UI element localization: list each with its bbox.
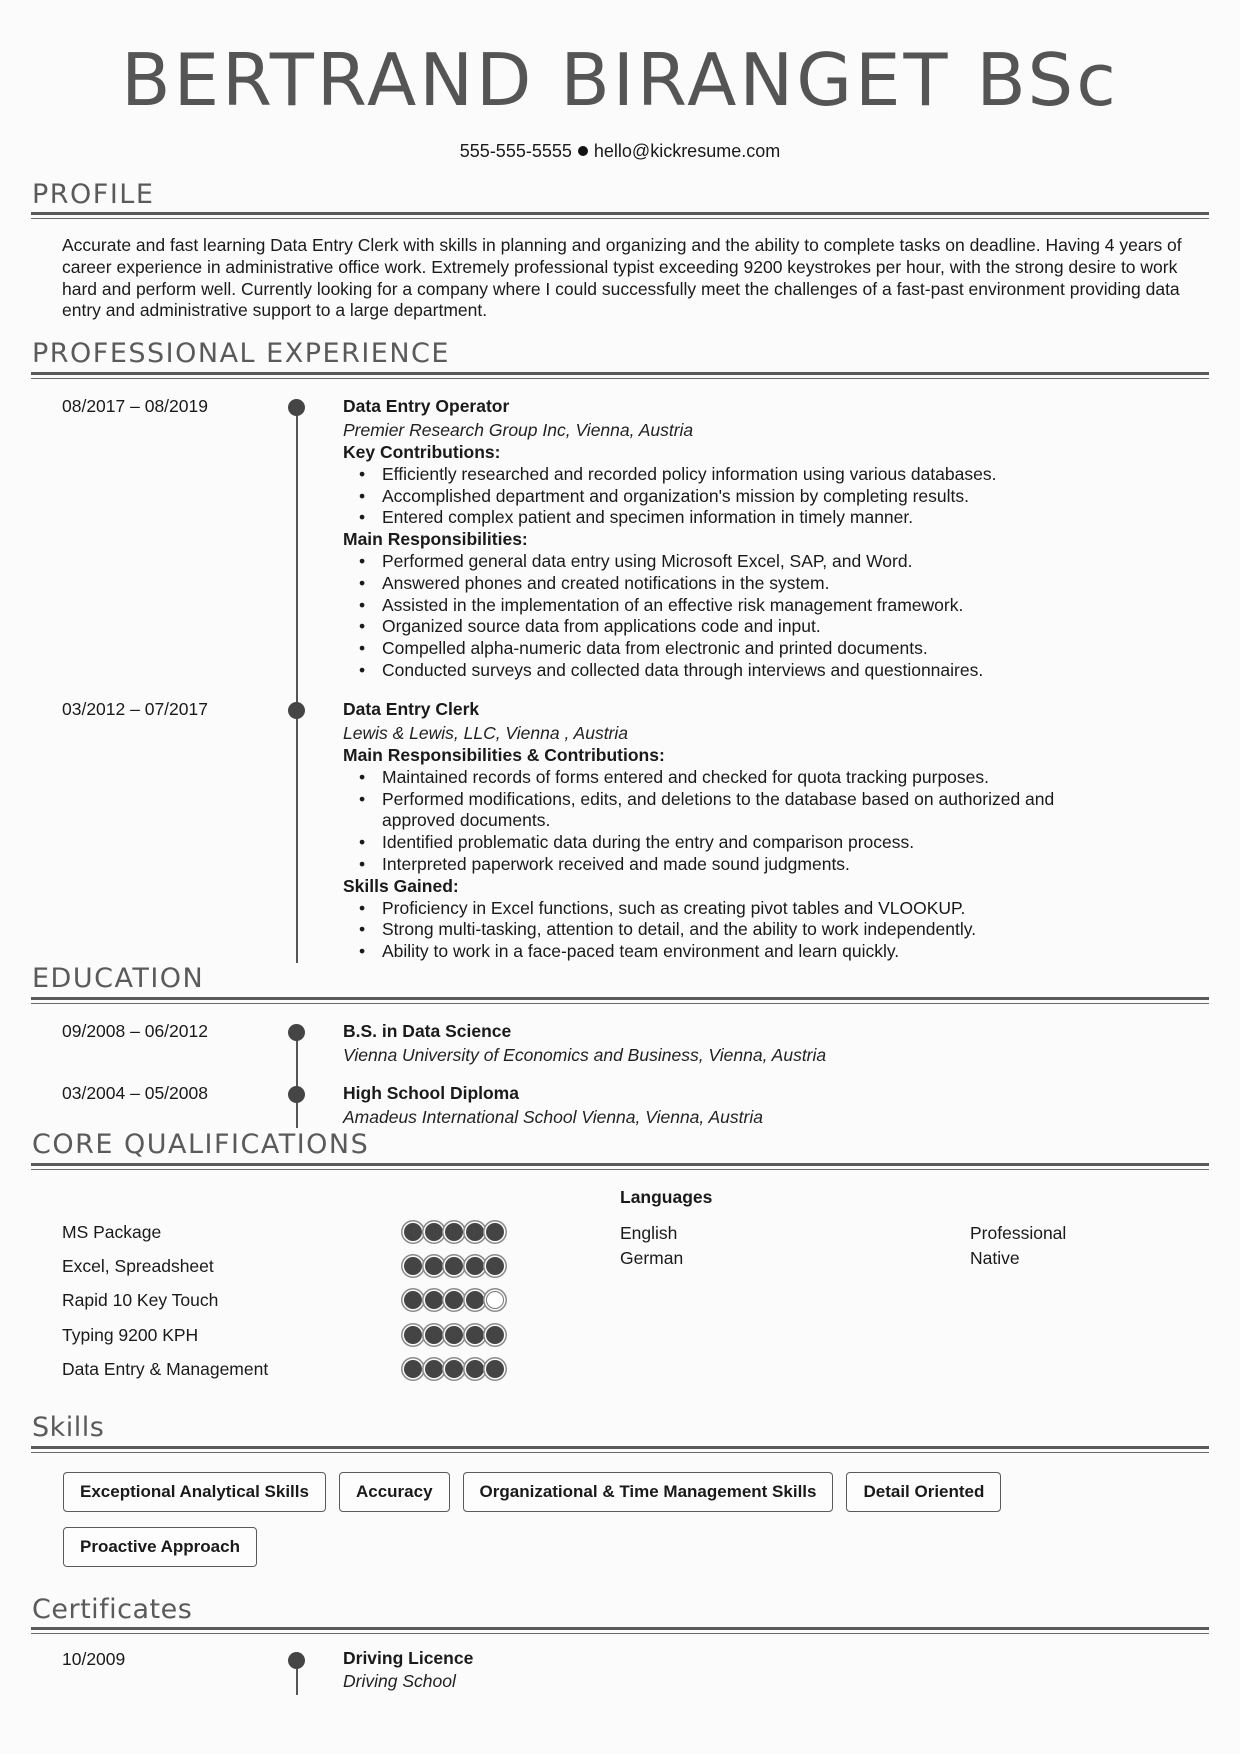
rating-dot-filled-icon [404,1223,422,1241]
list-item: Maintained records of forms entered and … [382,767,1203,789]
section-title-skills: Skills [32,1413,104,1443]
job-title: Data Entry Operator [343,394,1203,418]
language-level: Native [970,1247,1020,1269]
section-title-experience: PROFESSIONAL EXPERIENCE [32,339,450,369]
section-divider [31,1163,1209,1170]
rating-dot-filled-icon [425,1223,443,1241]
candidate-name: BERTRAND BIRANGET BSc [0,38,1240,122]
section-divider [31,1446,1209,1453]
qualification-label: Rapid 10 Key Touch [62,1289,218,1311]
language-name: German [620,1247,683,1269]
bullet-list: Maintained records of forms entered and … [343,767,1203,876]
rating-dots [404,1360,504,1378]
list-item: Ability to work in a face-paced team env… [382,941,1203,963]
language-name: English [620,1222,677,1244]
education-entry: B.S. in Data Science Vienna University o… [343,1019,1203,1067]
rating-dot-filled-icon [466,1360,484,1378]
list-item: Organized source data from applications … [382,616,1203,638]
job-dates: 03/2012 – 07/2017 [62,698,208,720]
school: Vienna University of Economics and Busin… [343,1043,1203,1067]
education-dates: 09/2008 – 06/2012 [62,1020,208,1042]
rating-dot-filled-icon [466,1326,484,1344]
timeline-dot-icon [288,1652,305,1669]
rating-dot-filled-icon [425,1360,443,1378]
skill-tag: Exceptional Analytical Skills [63,1472,326,1512]
list-item: Efficiently researched and recorded poli… [382,464,1203,486]
job-subheading: Main Responsibilities: [343,529,1203,551]
timeline-line [296,407,298,963]
skill-tags: Exceptional Analytical Skills Accuracy O… [63,1472,1203,1567]
list-item: Answered phones and created notification… [382,573,1203,595]
qualification-label: Excel, Spreadsheet [62,1255,214,1277]
skill-tag: Proactive Approach [63,1527,257,1567]
section-divider [31,212,1209,219]
rating-dot-filled-icon [486,1326,504,1344]
job-title: Data Entry Clerk [343,697,1203,721]
rating-dot-filled-icon [404,1326,422,1344]
rating-dot-filled-icon [445,1257,463,1275]
qualification-label: Typing 9200 KPH [62,1324,198,1346]
section-title-education: EDUCATION [32,964,204,994]
section-divider [31,1627,1209,1634]
list-item: Assisted in the implementation of an eff… [382,595,1203,617]
languages-heading: Languages [620,1186,712,1208]
language-level: Professional [970,1222,1066,1244]
list-item: Conducted surveys and collected data thr… [382,660,1203,682]
section-title-qualifications: CORE QUALIFICATIONS [32,1130,369,1160]
qualification-label: MS Package [62,1221,161,1243]
rating-dot-filled-icon [486,1257,504,1275]
bullet-list: Performed general data entry using Micro… [343,551,1203,682]
bullet-list: Proficiency in Excel functions, such as … [343,898,1203,963]
degree: B.S. in Data Science [343,1019,1203,1043]
list-item: Entered complex patient and specimen inf… [382,507,1203,529]
certificate-name: Driving Licence [343,1646,1203,1670]
rating-dot-filled-icon [486,1360,504,1378]
list-item: Proficiency in Excel functions, such as … [382,898,1203,920]
degree: High School Diploma [343,1081,1203,1105]
email-address: hello@kickresume.com [594,141,780,161]
rating-dot-filled-icon [445,1326,463,1344]
list-item: Interpreted paperwork received and made … [382,854,1203,876]
timeline-dot-icon [288,399,305,416]
section-title-certificates: Certificates [32,1595,192,1625]
job-company: Lewis & Lewis, LLC, Vienna , Austria [343,721,1203,745]
rating-dot-empty-icon [486,1291,504,1309]
job-company: Premier Research Group Inc, Vienna, Aust… [343,418,1203,442]
list-item: Compelled alpha-numeric data from electr… [382,638,1203,660]
list-item: Performed general data entry using Micro… [382,551,1203,573]
education-dates: 03/2004 – 05/2008 [62,1082,208,1104]
profile-summary: Accurate and fast learning Data Entry Cl… [62,235,1182,322]
timeline-dot-icon [288,1086,305,1103]
rating-dot-filled-icon [466,1291,484,1309]
contact-line: 555-555-5555hello@kickresume.com [0,139,1240,163]
qualification-label: Data Entry & Management [62,1358,268,1380]
list-item: Performed modifications, edits, and dele… [382,789,1122,833]
job-subheading: Main Responsibilities & Contributions: [343,745,1203,767]
rating-dot-filled-icon [466,1223,484,1241]
rating-dot-filled-icon [404,1257,422,1275]
skill-tag: Accuracy [339,1472,450,1512]
rating-dots [404,1257,504,1275]
phone-number: 555-555-5555 [460,141,572,161]
section-title-profile: PROFILE [32,180,154,210]
rating-dots [404,1291,504,1309]
timeline-line [296,1032,298,1128]
rating-dot-filled-icon [445,1223,463,1241]
certificate-issuer: Driving School [343,1670,1203,1692]
bullet-list: Efficiently researched and recorded poli… [343,464,1203,529]
rating-dot-filled-icon [425,1257,443,1275]
rating-dot-filled-icon [486,1223,504,1241]
rating-dot-filled-icon [466,1257,484,1275]
school: Amadeus International School Vienna, Vie… [343,1105,1203,1129]
rating-dot-filled-icon [404,1291,422,1309]
section-divider [31,997,1209,1004]
rating-dot-filled-icon [404,1360,422,1378]
list-item: Accomplished department and organization… [382,486,1203,508]
job-dates: 08/2017 – 08/2019 [62,395,208,417]
job-entry: Data Entry Clerk Lewis & Lewis, LLC, Vie… [343,697,1203,963]
rating-dots [404,1223,504,1241]
job-entry: Data Entry Operator Premier Research Gro… [343,394,1203,682]
rating-dot-filled-icon [445,1360,463,1378]
timeline-dot-icon [288,1024,305,1041]
certificate-date: 10/2009 [62,1648,125,1670]
skill-tag: Organizational & Time Management Skills [463,1472,834,1512]
job-subheading: Key Contributions: [343,442,1203,464]
job-subheading: Skills Gained: [343,876,1203,898]
skill-tag: Detail Oriented [846,1472,1001,1512]
rating-dot-filled-icon [425,1326,443,1344]
list-item: Identified problematic data during the e… [382,832,1203,854]
separator-dot-icon [578,146,588,156]
rating-dots [404,1326,504,1344]
certificate-entry: Driving Licence Driving School [343,1646,1203,1692]
rating-dot-filled-icon [445,1291,463,1309]
rating-dot-filled-icon [425,1291,443,1309]
list-item: Strong multi-tasking, attention to detai… [382,919,1203,941]
education-entry: High School Diploma Amadeus Internationa… [343,1081,1203,1129]
section-divider [31,372,1209,379]
timeline-dot-icon [288,702,305,719]
